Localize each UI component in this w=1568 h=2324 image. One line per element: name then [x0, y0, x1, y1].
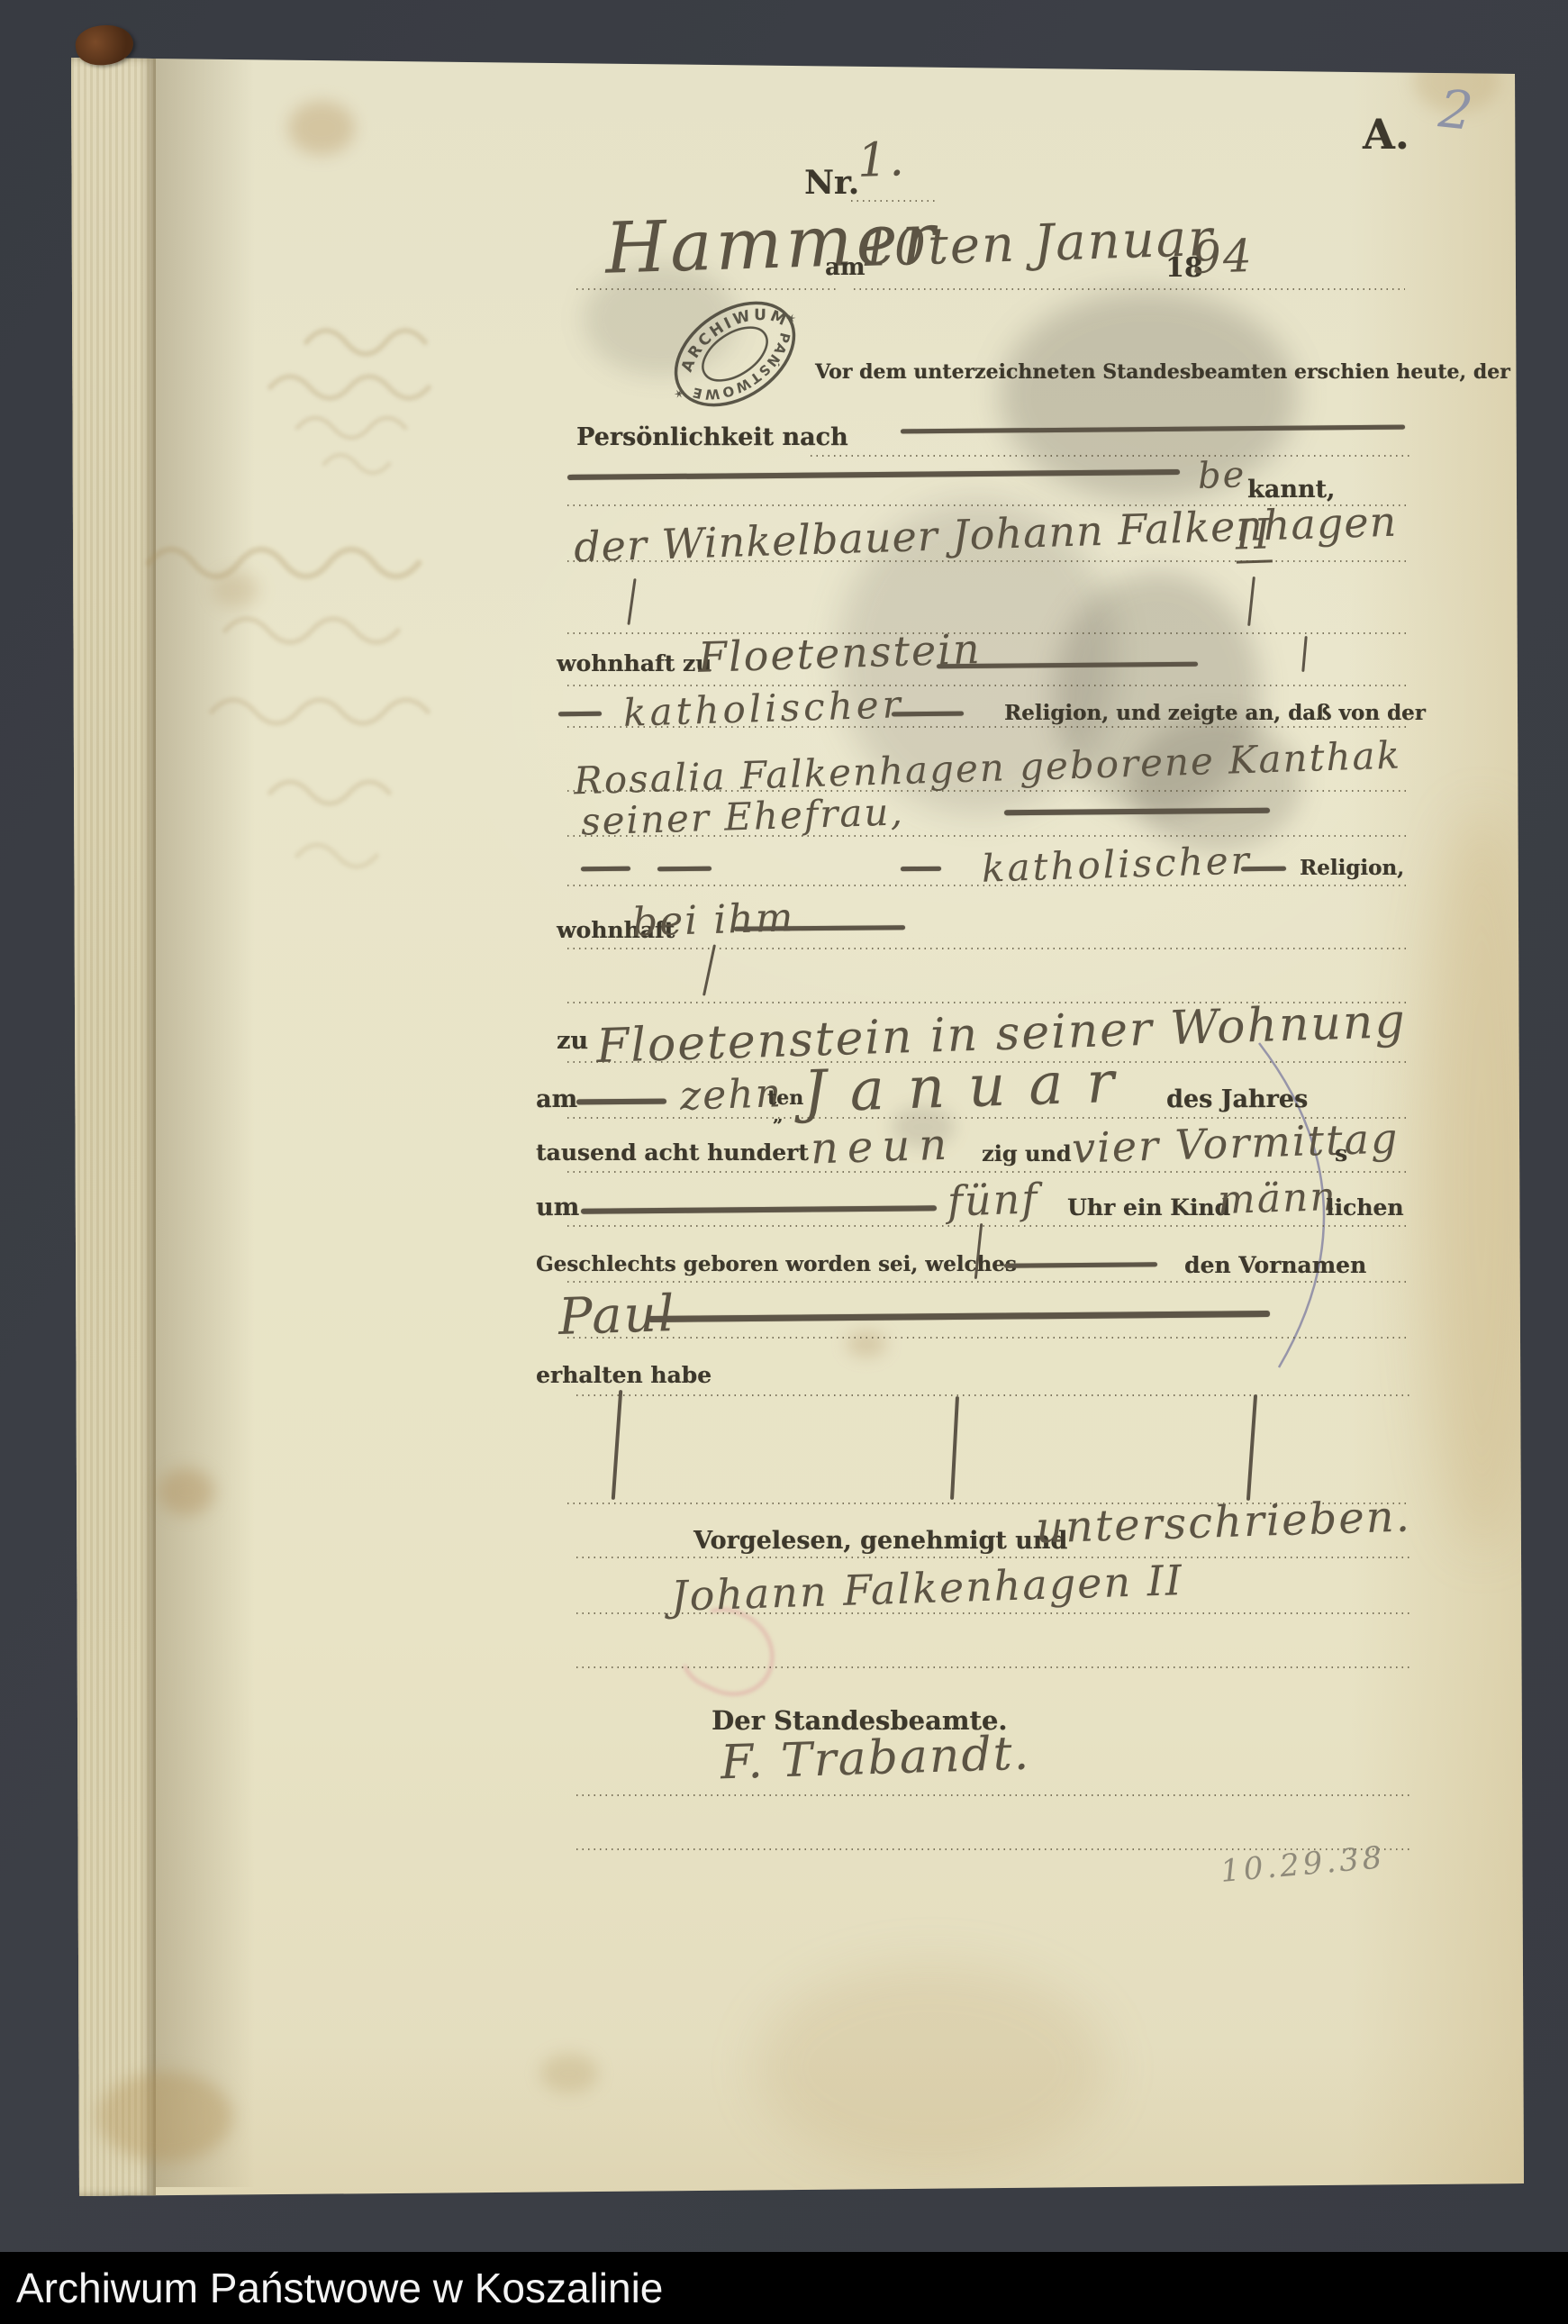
des-jahres-printed: des Jahres [1166, 1085, 1308, 1113]
archive-caption-bar: Archiwum Państwowe w Koszalinie [0, 2252, 1568, 2324]
dotted-line [576, 1612, 1409, 1614]
dotted-line [576, 1394, 1409, 1396]
ink-dash [576, 1099, 666, 1105]
dotted-line [567, 1171, 1409, 1173]
ten-mark: „ [773, 1104, 784, 1126]
dotted-line [567, 1281, 1409, 1283]
zig-und-printed: zig und [982, 1140, 1072, 1167]
tausend-printed: tausend acht hundert [536, 1139, 809, 1166]
vier-script: vier Vormittag [1071, 1113, 1400, 1172]
dotted-line [576, 1557, 1409, 1558]
den-vornamen-printed: den Vornamen [1184, 1252, 1366, 1278]
month-script: Januar [802, 1049, 1138, 1126]
scanned-document-view: A. 2 Nr. 1. Hammer am 10ten Januar 18 94… [0, 0, 1568, 2324]
dotted-line [576, 1666, 1409, 1668]
dotted-line [567, 1225, 1409, 1227]
um-printed: um [536, 1194, 579, 1221]
vorgelesen-printed: Vorgelesen, genehmigt und [693, 1527, 1067, 1555]
maenn-script: männ [1217, 1174, 1337, 1223]
dotted-line [567, 1337, 1409, 1339]
geschlechts-printed: Geschlechts geboren worden sei, welches [536, 1252, 1017, 1276]
erhalten-habe-printed: erhalten habe [536, 1362, 711, 1388]
neun-script: neun [810, 1119, 956, 1174]
am2-printed: am [536, 1085, 577, 1113]
uhr-ein-kind-printed: Uhr ein Kind [1067, 1194, 1230, 1221]
lichen-printed: lichen [1326, 1194, 1403, 1221]
registrar-signature-script: F. Trabandt. [720, 1727, 1031, 1791]
archive-caption: Archiwum Państwowe w Koszalinie [16, 2252, 663, 2324]
dotted-line [576, 1794, 1409, 1796]
s-printed: s [1335, 1140, 1347, 1167]
fuenf-script: fünf [947, 1174, 1039, 1225]
